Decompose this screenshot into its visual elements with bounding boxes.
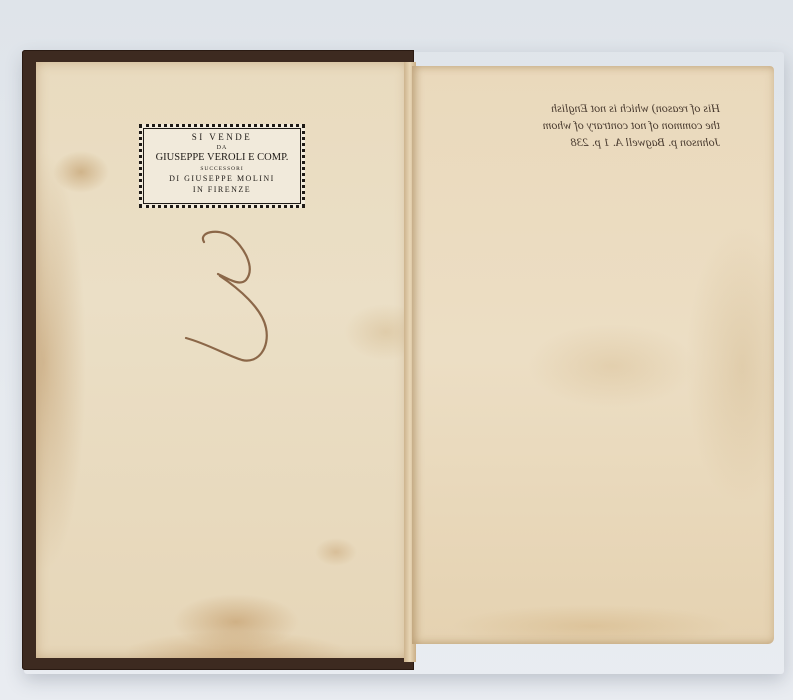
label-line-predecessor: DI GIUSEPPE MOLINI — [142, 175, 302, 183]
label-line-bookseller-name: GIUSEPPE VEROLI E COMP. — [142, 153, 302, 164]
label-line-city: IN FIRENZE — [142, 186, 302, 194]
inscription-line: the common of not contrary of whom — [420, 117, 720, 134]
inscription-line: His of reason) which is not English — [420, 100, 720, 117]
bookseller-label: SI VENDE DA GIUSEPPE VEROLI E COMP. SUCC… — [139, 124, 305, 208]
label-line-si-vende: SI VENDE — [142, 133, 302, 142]
handwritten-numeral-3 — [178, 228, 288, 368]
offset-inscription: His of reason) which is not English the … — [420, 100, 720, 180]
label-line-successori: SUCCESSORI — [142, 167, 302, 173]
inscription-line: Johnson p. Bagwell A. 1 p. 238 — [420, 134, 720, 151]
label-line-da: DA — [142, 145, 302, 151]
